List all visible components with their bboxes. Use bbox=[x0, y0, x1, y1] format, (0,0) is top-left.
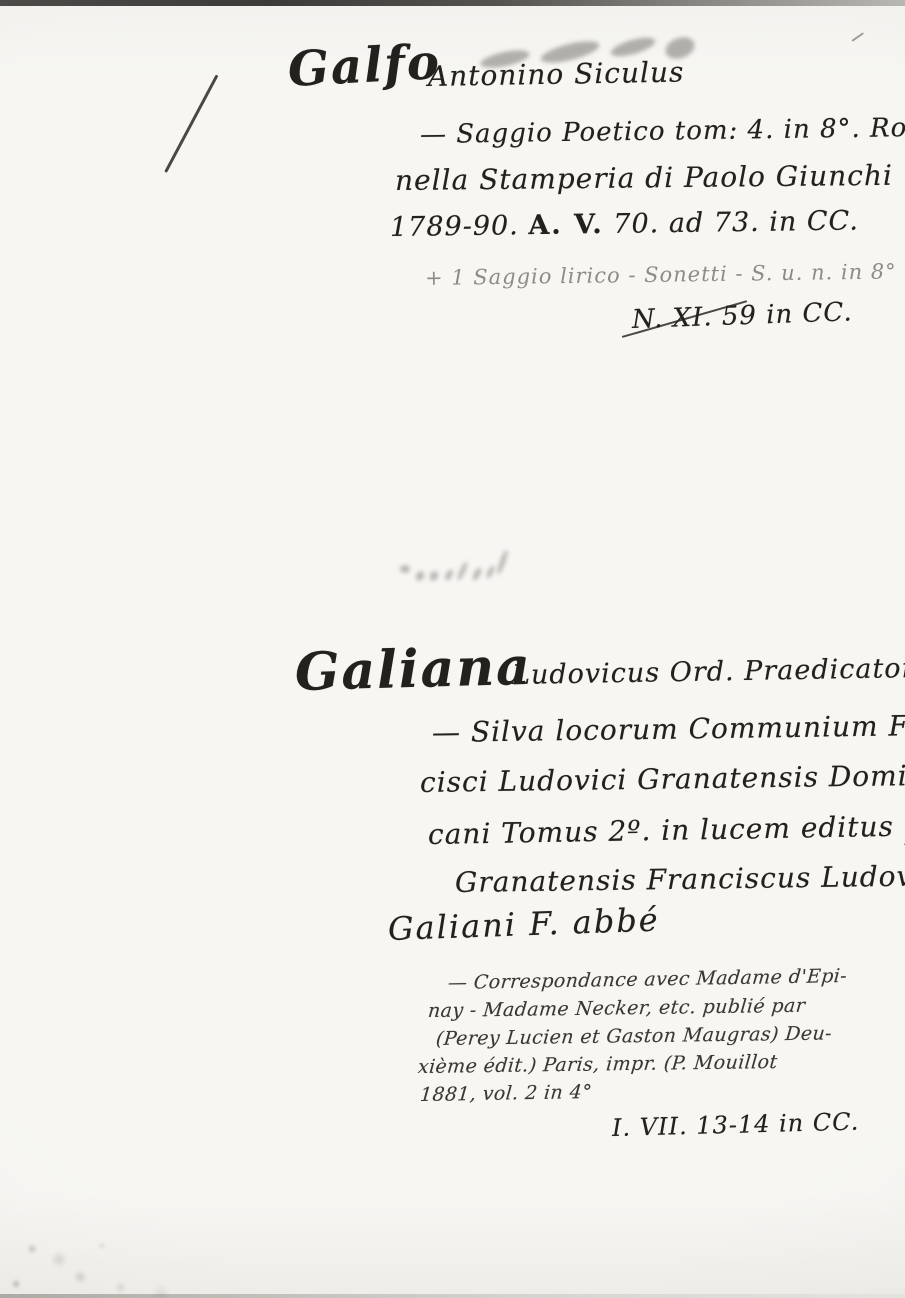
scan-top-edge-artifact bbox=[0, 0, 905, 6]
manuscript-page: Galfo Antonino Siculus — Saggio Poetico … bbox=[0, 0, 905, 1298]
pen-tick-mark bbox=[851, 32, 864, 42]
galiana-title-line-1: — Silva locorum Communium Fran= bbox=[432, 708, 905, 749]
galfo-date-segment: 1789-90. bbox=[390, 210, 529, 243]
galfo-title-line-1: — Saggio Poetico tom: 4. in 8°. Roma bbox=[420, 113, 905, 150]
galfo-pressmark-segment: A. V. bbox=[528, 209, 604, 241]
entry-heading-galiani: Galiani F. abbé bbox=[387, 901, 660, 948]
galiana-title-line-2: cisci Ludovici Granatensis Domini= bbox=[420, 758, 905, 799]
galfo-location-segment: 70. ad 73. in CC. bbox=[604, 205, 860, 240]
galfo-shelfmark: N. XI. 59 in CC. bbox=[631, 297, 853, 335]
galfo-faded-note: + 1 Saggio lirico - Sonetti - S. u. n. i… bbox=[425, 259, 897, 290]
galiani-note-line-1: — Correspondance avec Madame d'Epi- bbox=[447, 965, 848, 994]
galfo-author-annotation: Antonino Siculus bbox=[428, 56, 685, 93]
galiani-note-line-2: nay - Madame Necker, etc. publié par bbox=[427, 995, 806, 1022]
galiana-author-annotation: Ludovicus Ord. Praedicatorum bbox=[512, 652, 905, 691]
galiana-title-line-4: Granatensis Franciscus Ludovicus bbox=[455, 859, 905, 899]
entry-heading-galfo: Galfo bbox=[287, 34, 443, 98]
galiana-title-line-3: cani Tomus 2º. in lucem editus Vide bbox=[428, 809, 905, 851]
galiani-note-line-4: xième édit.) Paris, impr. (P. Mouillot bbox=[417, 1051, 779, 1078]
galiana-line3-text: cani Tomus 2º. in lucem editus bbox=[428, 810, 904, 851]
diagonal-slash-mark bbox=[164, 74, 218, 172]
erased-word-smudge-middle bbox=[398, 545, 538, 590]
entry-heading-galiana: Galiana bbox=[294, 636, 532, 703]
galfo-title-line-3: 1789-90. A. V. 70. ad 73. in CC. bbox=[390, 205, 859, 243]
galiani-note-line-3: (Perey Lucien et Gaston Maugras) Deu- bbox=[435, 1022, 833, 1050]
galiani-shelfmark: I. VII. 13-14 in CC. bbox=[612, 1108, 860, 1142]
galfo-title-line-2: nella Stamperia di Paolo Giunchi bbox=[395, 159, 893, 197]
galiani-note-line-5: 1881, vol. 2 in 4° bbox=[419, 1081, 593, 1106]
scan-bottom-left-mottle-artifact bbox=[0, 1228, 268, 1298]
scan-bottom-edge-artifact bbox=[0, 1294, 905, 1298]
